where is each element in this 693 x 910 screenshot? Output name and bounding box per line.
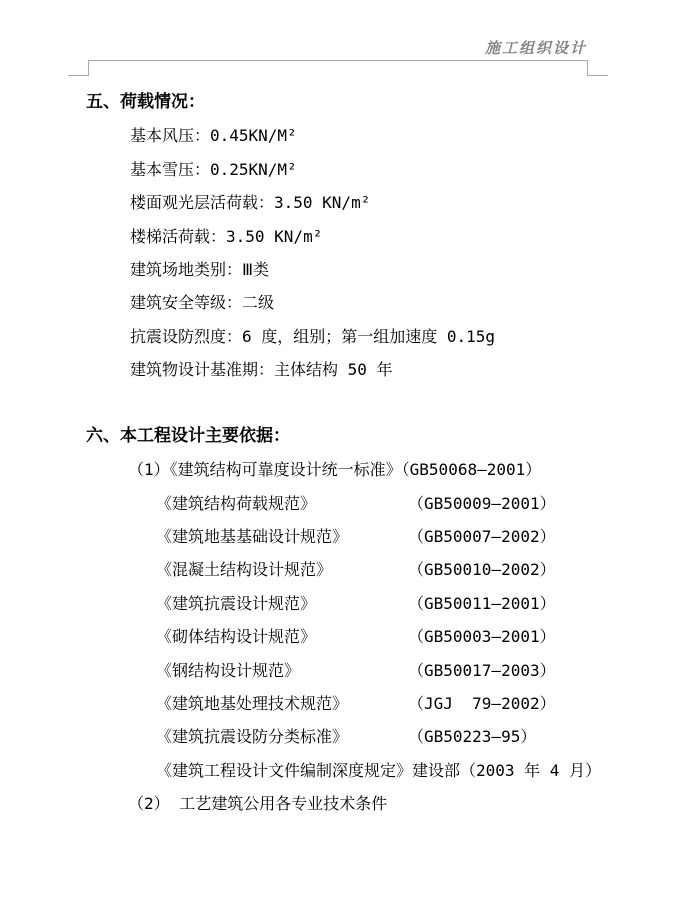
reference-title: 《砌体结构设计规范》	[156, 620, 408, 653]
header-title: 施工组织设计	[485, 37, 587, 58]
reference-code: （JGJ 79—2002）	[408, 687, 556, 720]
reference-row: 《砌体结构设计规范》（GB50003—2001）	[0, 620, 693, 653]
load-item-stair-live: 楼梯活荷载：3.50 KN/m²	[0, 220, 693, 253]
reference-title: 《混凝土结构设计规范》	[156, 553, 408, 586]
reference-code: （GB50017—2003）	[408, 654, 556, 687]
load-item-floor-live: 楼面观光层活荷载：3.50 KN/m²	[0, 186, 693, 219]
section5-heading: 五、荷载情况：	[0, 86, 693, 119]
reference-row: 《建筑地基处理技术规范》（JGJ 79—2002）	[0, 687, 693, 720]
reference-row: 《建筑结构荷载规范》（GB50009—2001）	[0, 487, 693, 520]
reference-row: 《混凝土结构设计规范》（GB50010—2002）	[0, 553, 693, 586]
reference-row: 《钢结构设计规范》（GB50017—2003）	[0, 654, 693, 687]
reference-title: 《建筑抗震设计规范》	[156, 587, 408, 620]
section6-heading: 六、本工程设计主要依据：	[0, 420, 693, 453]
document-body: 五、荷载情况： 基本风压：0.45KN/M² 基本雪压：0.25KN/M² 楼面…	[0, 86, 693, 821]
crop-mark-left-vertical	[88, 60, 89, 76]
header-underline	[88, 60, 587, 61]
reference-title: 《建筑工程设计文件编制深度规定》建设部（2003 年 4 月）	[156, 754, 601, 787]
crop-mark-right-vertical	[587, 60, 588, 76]
load-item-snow: 基本雪压：0.25KN/M²	[0, 153, 693, 186]
load-item-safety-grade: 建筑安全等级：二级	[0, 286, 693, 319]
load-item-site-class: 建筑场地类别：Ⅲ类	[0, 253, 693, 286]
load-item-seismic: 抗震设防烈度：6 度，组别；第一组加速度 0.15g	[0, 320, 693, 353]
reference-title: 《钢结构设计规范》	[156, 654, 408, 687]
crop-mark-left-horizontal	[68, 75, 89, 76]
crop-mark-right-horizontal	[587, 75, 608, 76]
reference-code: （GB50007—2002）	[408, 520, 556, 553]
reference-title: 《建筑抗震设防分类标准》	[156, 720, 408, 753]
load-item-wind: 基本风压：0.45KN/M²	[0, 119, 693, 152]
load-item-design-period: 建筑物设计基准期：主体结构 50 年	[0, 353, 693, 386]
reference-row: 《建筑抗震设防分类标准》（GB50223—95）	[0, 720, 693, 753]
reference-code: （GB50010—2002）	[408, 553, 556, 586]
reference-title: 《建筑结构荷载规范》	[156, 487, 408, 520]
reference-row: 《建筑工程设计文件编制深度规定》建设部（2003 年 4 月）	[0, 754, 693, 787]
reference-item-1-prefix: （1）	[128, 460, 170, 479]
reference-title: 《建筑地基处理技术规范》	[156, 687, 408, 720]
reference-row: 《建筑地基基础设计规范》（GB50007—2002）	[0, 520, 693, 553]
reference-code: （GB50223—95）	[408, 720, 536, 753]
reference-code: （GB50068—2001）	[402, 460, 542, 479]
reference-code: （GB50011—2001）	[408, 587, 556, 620]
reference-item-1: （1）《建筑结构可靠度设计统一标准》（GB50068—2001）	[0, 453, 693, 486]
reference-code: （GB50009—2001）	[408, 487, 556, 520]
reference-title: 《建筑结构可靠度设计统一标准》	[170, 460, 402, 479]
reference-item-2: （2） 工艺建筑公用各专业技术条件	[0, 787, 693, 820]
reference-row: 《建筑抗震设计规范》（GB50011—2001）	[0, 587, 693, 620]
reference-code: （GB50003—2001）	[408, 620, 556, 653]
reference-title: 《建筑地基基础设计规范》	[156, 520, 408, 553]
blank-line	[0, 387, 693, 420]
